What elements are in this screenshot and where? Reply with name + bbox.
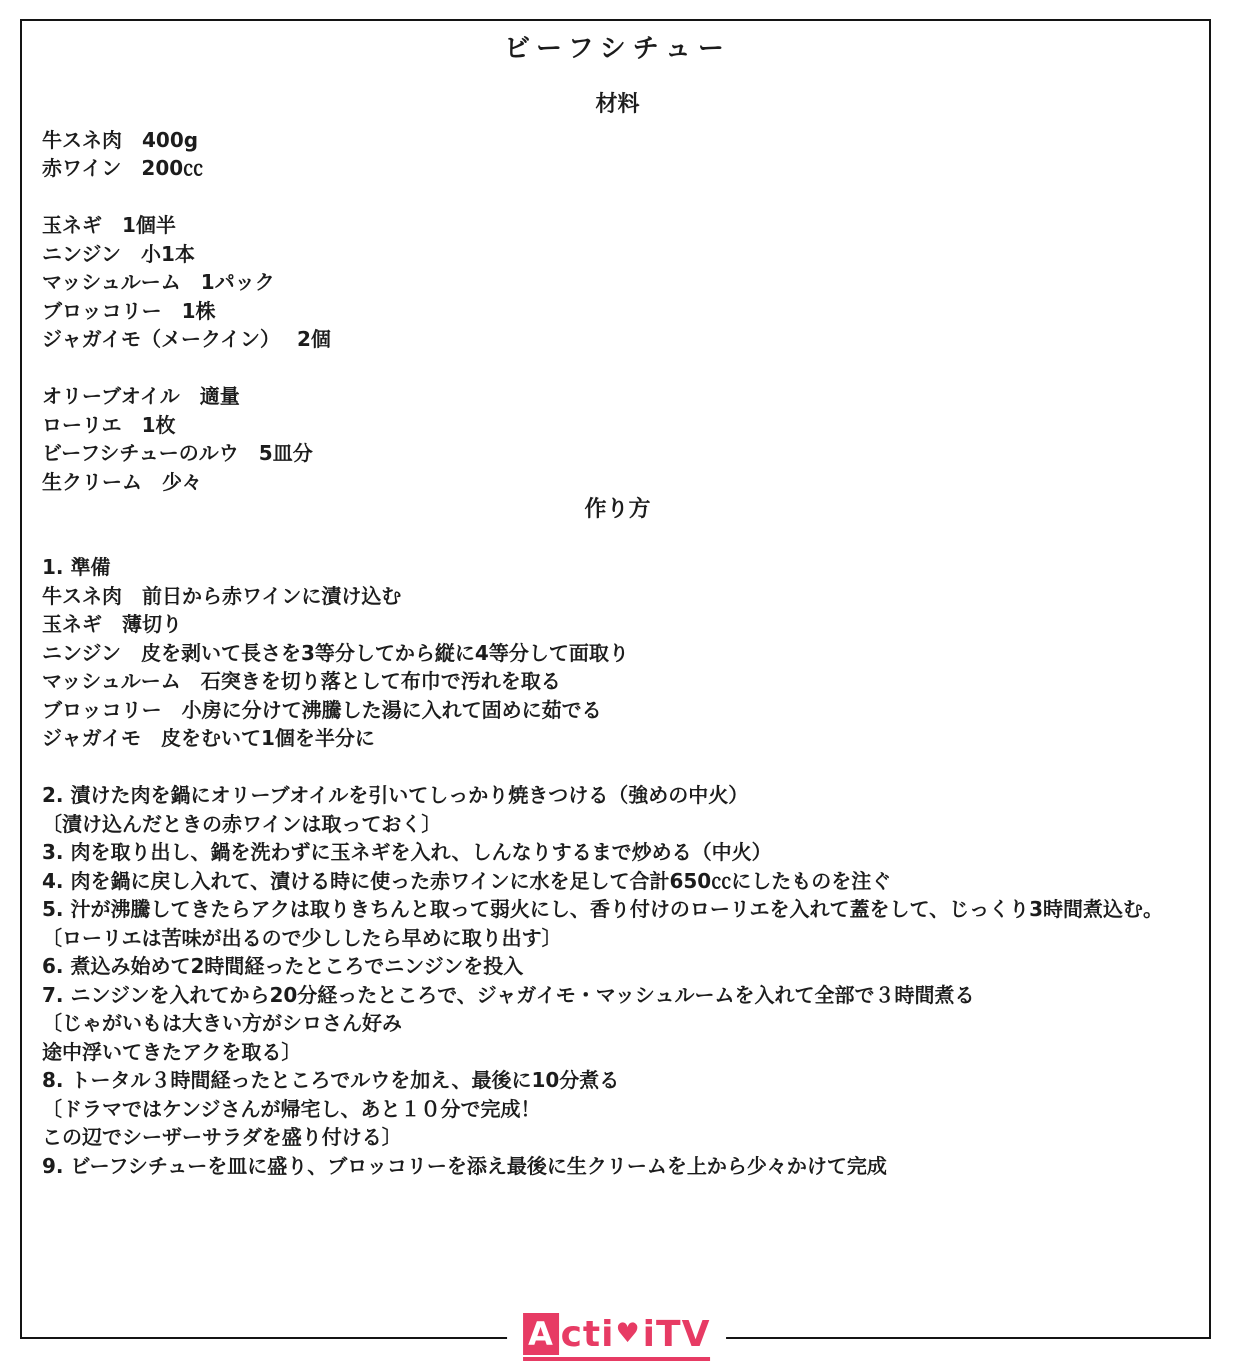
logo-text-cti: cti xyxy=(561,1315,615,1355)
recipe-title: ビーフシチュー xyxy=(42,34,1193,64)
recipe-line: オリーブオイル 適量 xyxy=(42,382,1193,411)
recipe-line: 牛スネ肉 400g xyxy=(42,126,1193,155)
ingredients-list: 牛スネ肉 400g赤ワイン 200㏄玉ネギ 1個半ニンジン 小1本マッシュルーム… xyxy=(42,126,1193,497)
recipe-line: 2. 漬けた肉を鍋にオリーブオイルを引いてしっかり焼きつける（強めの中火） xyxy=(42,781,1193,810)
recipe-line: この辺でシーザーサラダを盛り付ける〕 xyxy=(42,1123,1193,1152)
recipe-line: 6. 煮込み始めて2時間経ったところでニンジンを投入 xyxy=(42,952,1193,981)
recipe-line: ニンジン 小1本 xyxy=(42,240,1193,269)
recipe-line: 玉ネギ 1個半 xyxy=(42,211,1193,240)
activitv-logo-inner: A cti ♥ iTV xyxy=(523,1313,711,1361)
recipe-line: 〔漬け込んだときの赤ワインは取っておく〕 xyxy=(42,810,1193,839)
recipe-line: 8. トータル３時間経ったところでルウを加え、最後に10分煮る xyxy=(42,1066,1193,1095)
recipe-content: ビーフシチュー 材料 牛スネ肉 400g赤ワイン 200㏄玉ネギ 1個半ニンジン… xyxy=(42,30,1193,1180)
logo-a-badge: A xyxy=(523,1313,559,1355)
recipe-line: 玉ネギ 薄切り xyxy=(42,610,1193,639)
recipe-line: ローリエ 1枚 xyxy=(42,411,1193,440)
activitv-logo: A cti ♥ iTV xyxy=(507,1313,727,1361)
recipe-line: ブロッコリー 小房に分けて沸騰した湯に入れて固めに茹でる xyxy=(42,696,1193,725)
recipe-line: 1. 準備 xyxy=(42,553,1193,582)
recipe-line: 〔ドラマではケンジさんが帰宅し、あと１０分で完成！ xyxy=(42,1095,1193,1124)
recipe-line: ニンジン 皮を剥いて長さを3等分してから縦に4等分して面取り xyxy=(42,639,1193,668)
logo-text-itv: iTV xyxy=(643,1315,711,1355)
recipe-line: 4. 肉を鍋に戻し入れて、漬ける時に使った赤ワインに水を足して合計650㏄にした… xyxy=(42,867,1193,896)
recipe-line: マッシュルーム 1パック xyxy=(42,268,1193,297)
recipe-line: ブロッコリー 1株 xyxy=(42,297,1193,326)
recipe-line: 赤ワイン 200㏄ xyxy=(42,154,1193,183)
recipe-line: 9. ビーフシチューを皿に盛り、ブロッコリーを添え最後に生クリームを上から少々か… xyxy=(42,1152,1193,1181)
recipe-page: ビーフシチュー 材料 牛スネ肉 400g赤ワイン 200㏄玉ネギ 1個半ニンジン… xyxy=(0,0,1233,1364)
recipe-line xyxy=(42,354,1193,383)
recipe-line: 生クリーム 少々 xyxy=(42,468,1193,497)
recipe-line: ジャガイモ（メークイン） 2個 xyxy=(42,325,1193,354)
recipe-line: 牛スネ肉 前日から赤ワインに漬け込む xyxy=(42,582,1193,611)
steps-list: 1. 準備牛スネ肉 前日から赤ワインに漬け込む玉ネギ 薄切りニンジン 皮を剥いて… xyxy=(42,553,1193,1180)
recipe-line: マッシュルーム 石突きを切り落として布巾で汚れを取る xyxy=(42,667,1193,696)
recipe-line: 途中浮いてきたアクを取る〕 xyxy=(42,1038,1193,1067)
heart-icon: ♥ xyxy=(615,1314,639,1354)
recipe-line: 3. 肉を取り出し、鍋を洗わずに玉ネギを入れ、しんなりするまで炒める（中火） xyxy=(42,838,1193,867)
steps-heading: 作り方 xyxy=(42,496,1193,525)
recipe-line: 5. 汁が沸騰してきたらアクは取りきちんと取って弱火にし、香り付けのローリエを入… xyxy=(42,895,1193,924)
recipe-line xyxy=(42,183,1193,212)
recipe-line: 〔じゃがいもは大きい方がシロさん好み xyxy=(42,1009,1193,1038)
recipe-line: ビーフシチューのルウ 5皿分 xyxy=(42,439,1193,468)
recipe-line: 7. ニンジンを入れてから20分経ったところで、ジャガイモ・マッシュルームを入れ… xyxy=(42,981,1193,1010)
recipe-line xyxy=(42,753,1193,782)
ingredients-heading: 材料 xyxy=(42,91,1193,120)
recipe-line: ジャガイモ 皮をむいて1個を半分に xyxy=(42,724,1193,753)
recipe-line: 〔ローリエは苦味が出るので少ししたら早めに取り出す〕 xyxy=(42,924,1193,953)
